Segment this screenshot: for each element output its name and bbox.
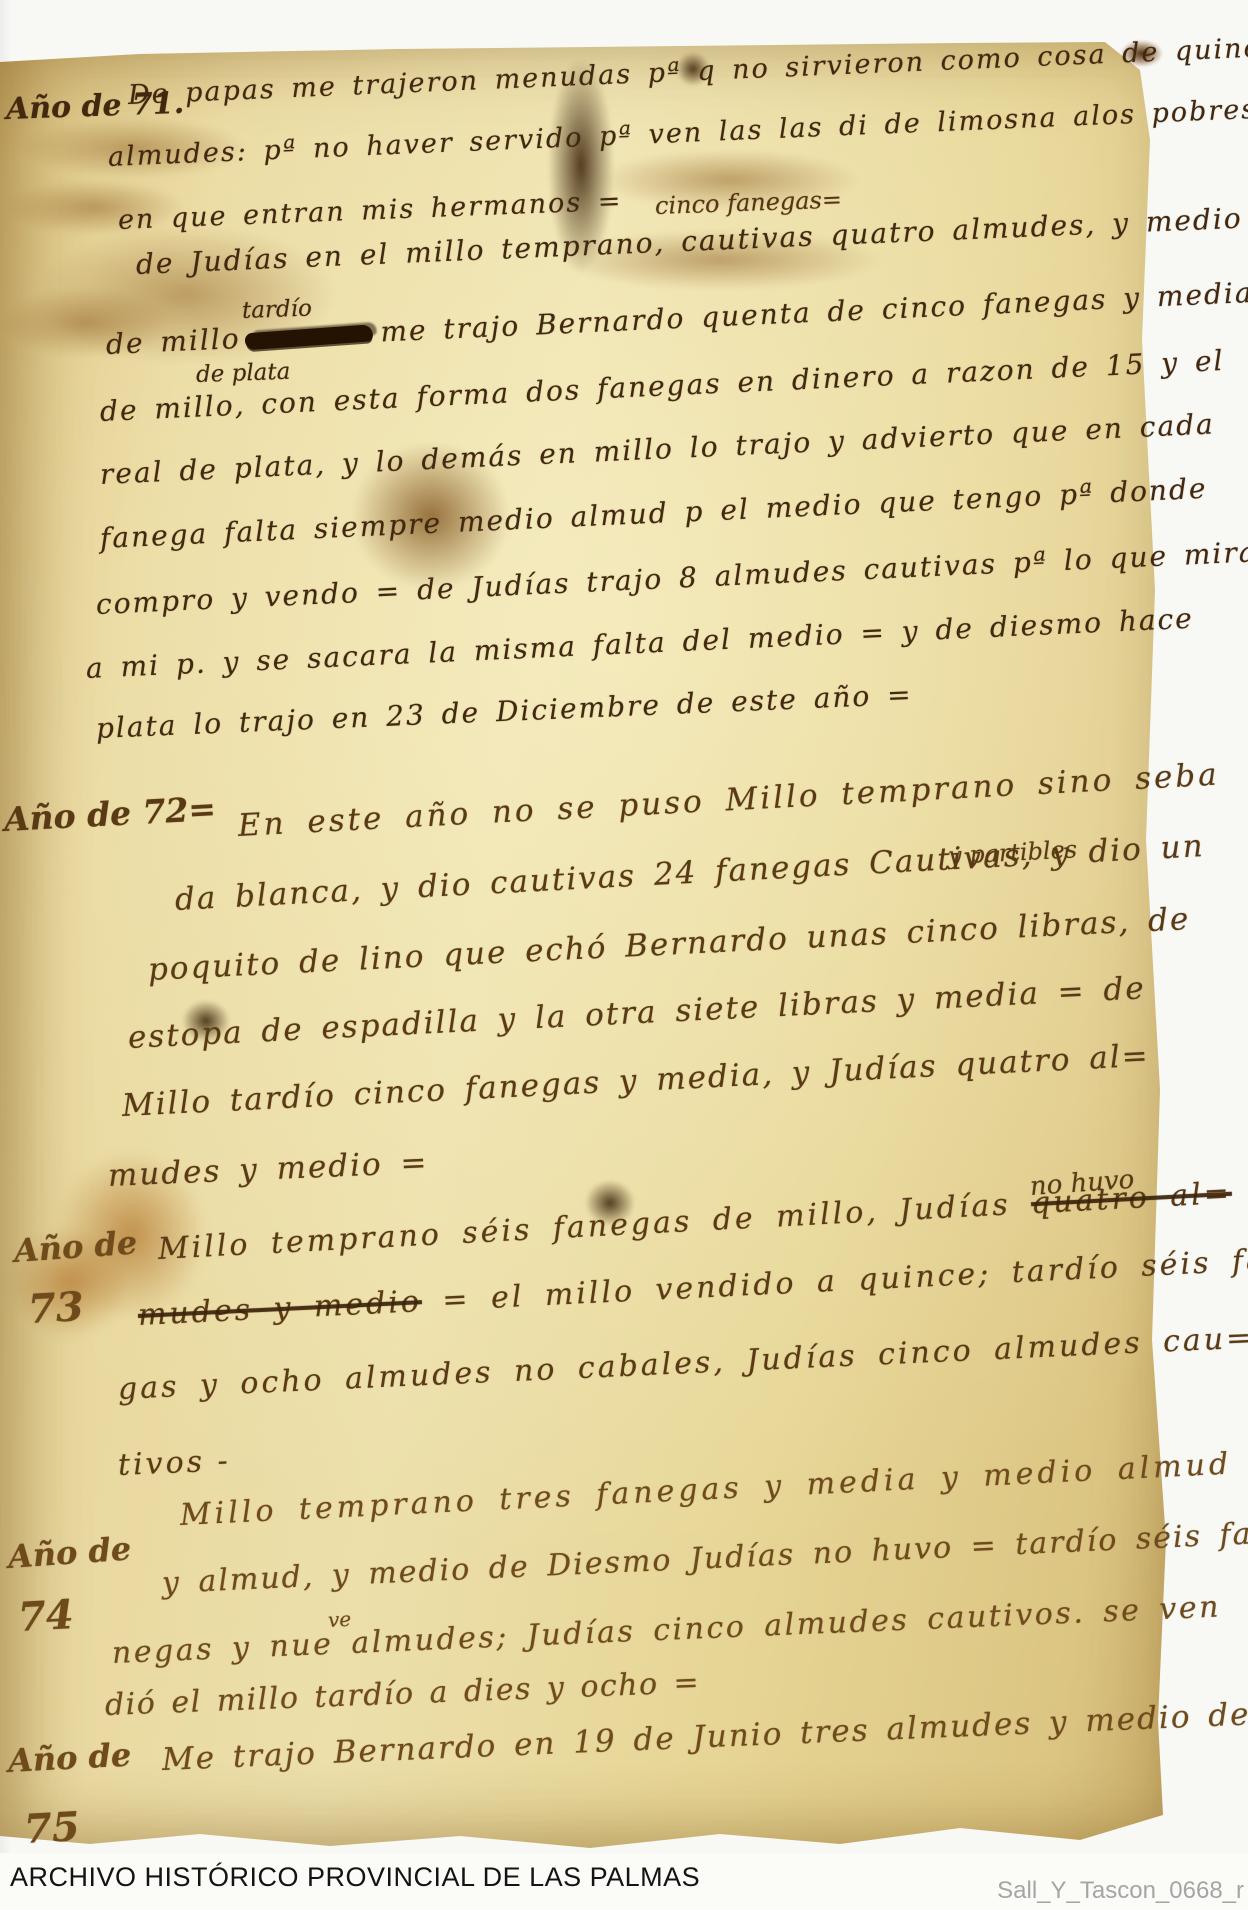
margin-year-number: 74 xyxy=(17,1591,75,1641)
manuscript-line: tivos - xyxy=(117,1443,231,1483)
margin-year-number: 73 xyxy=(27,1283,85,1333)
margin-year-number: 75 xyxy=(23,1803,81,1853)
archive-name-caption: ARCHIVO HISTÓRICO PROVINCIAL DE LAS PALM… xyxy=(10,1862,700,1893)
reference-code: Sall_Y_Tascon_0668_r xyxy=(997,1877,1244,1905)
interlinear-annotation: de plata xyxy=(196,359,291,388)
ink-blot xyxy=(244,324,373,350)
margin-year-label: Año de xyxy=(7,1736,132,1780)
line-segment: de millo xyxy=(105,322,241,361)
scanned-document-page: Año de 71. Año de 72= Año de 73 Año de 7… xyxy=(0,0,1248,1910)
